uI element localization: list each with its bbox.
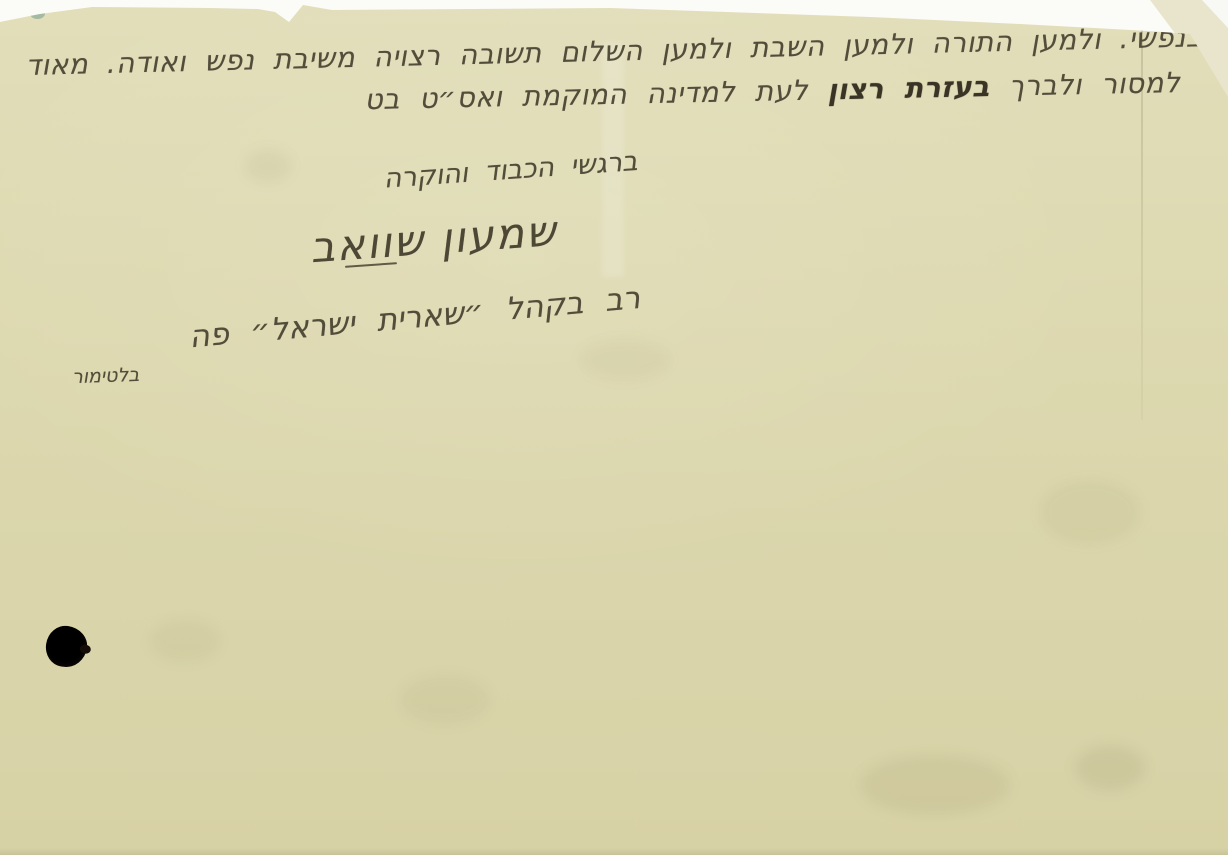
letter-paper: ובנפשי. ולמען התורה ולמען השבת ולמען השל… bbox=[0, 0, 1228, 855]
letter-body-line-2-end: לעת למדינה המוקמת ואס״ט בט bbox=[364, 74, 808, 116]
paper-stain bbox=[1040, 480, 1140, 544]
paper-edge-mark bbox=[30, 8, 45, 19]
signature: שמעון שוואב bbox=[309, 206, 560, 272]
paper-stain bbox=[150, 620, 220, 662]
paper-stain bbox=[580, 340, 670, 380]
scanned-letter-page: ובנפשי. ולמען התורה ולמען השבת ולמען השל… bbox=[0, 0, 1228, 855]
paper-stain bbox=[245, 150, 291, 182]
letter-body-line-2-start: למסור ולברך bbox=[1009, 66, 1181, 103]
letter-closing-line: ברגשי הכבוד והוקרה bbox=[382, 146, 638, 195]
letter-body-line-2-bold-word: בעזרת רצון bbox=[827, 70, 990, 106]
paper-stain bbox=[1075, 745, 1145, 791]
signature-city: בלטימור bbox=[72, 364, 140, 388]
paper-stain bbox=[400, 675, 490, 725]
paper-stain bbox=[860, 755, 1010, 815]
signature-title-line: רב בקהל ״שארית ישראל״ פה bbox=[187, 280, 641, 355]
ink-blot bbox=[43, 623, 89, 669]
